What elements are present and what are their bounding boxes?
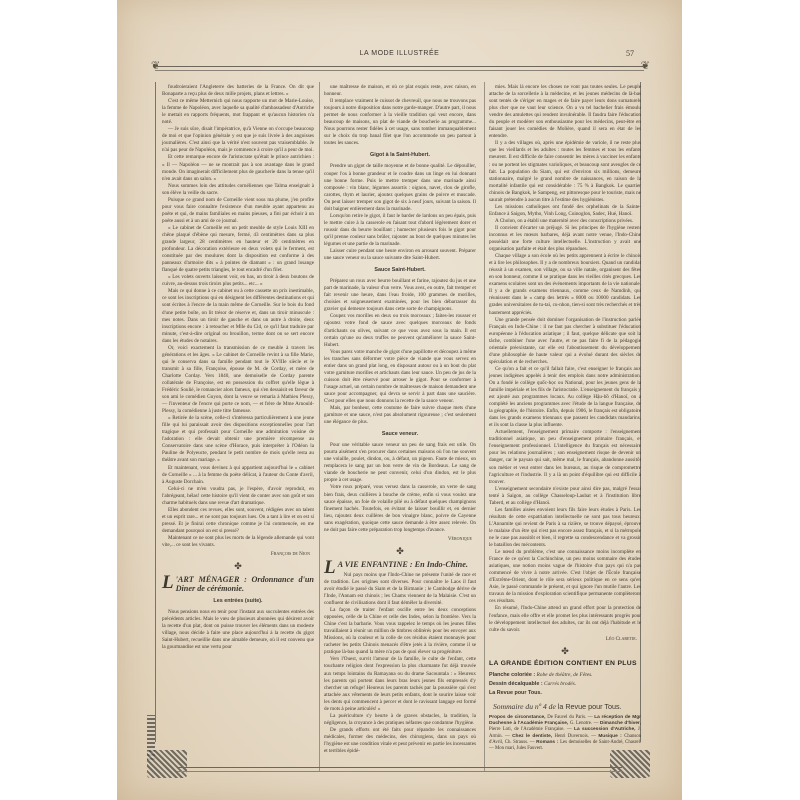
- vie-enfantine-body: Nul pays moins que l'Indo-Chine ne prése…: [324, 572, 476, 755]
- column-divider: [319, 82, 320, 772]
- running-head-title: LA MODE ILLUSTRÉE: [117, 50, 682, 57]
- recipes: Gigot à la Saint-Hubert.Prendre un gigot…: [324, 152, 476, 533]
- section-title-text: 'ART MÉNAGER : Ordonnance d'un Diner de …: [176, 575, 314, 593]
- edition-items: Planche coloriée : Robe de théâtre, de F…: [489, 672, 641, 697]
- paragraph: Puisque ce grand nom de Corneille vient …: [162, 197, 314, 225]
- author-signature: François de Nion: [162, 551, 310, 558]
- paragraph: « Le cabinet de Corneille est un petit m…: [162, 225, 314, 274]
- paragraph: Coupez vos morilles en deux ou trois mor…: [324, 313, 476, 348]
- paragraph: Nous pensions nous en tenir pour l'insta…: [162, 609, 314, 651]
- paragraph: Nous sommes loin des attitudes cornélien…: [162, 183, 314, 197]
- footer-rule: [177, 767, 622, 772]
- indochine-body: mies. Mais là encore les choses ne vont …: [489, 84, 641, 634]
- paragraph: Ce qu'on a fait et ce qu'il fallait fair…: [489, 366, 641, 429]
- paragraph: Chaque village a son école où les petits…: [489, 253, 641, 316]
- paragraph: Préparez un roux avec beurre bouillant e…: [324, 278, 476, 313]
- paragraph: Et maintenant, vous devinez à qui appart…: [162, 465, 314, 486]
- paragraph: Et cette remarque encore de l'aristocrat…: [162, 154, 314, 182]
- paragraph: Lorsqu'on retire le gigot, il faut le ba…: [324, 213, 476, 248]
- sommaire-contents: Propos de circonstance, De Fauvel du Par…: [489, 715, 641, 753]
- recipe-title: Sauce Saint-Hubert.: [324, 267, 476, 274]
- edition-item: Planche coloriée : Robe de théâtre, de F…: [489, 672, 641, 679]
- paragraph: — Je suis sûre, disait l'impératrice, qu…: [162, 126, 314, 154]
- paragraph: A Cholon, on a établi une maternité avec…: [489, 218, 641, 225]
- dropcap: L: [324, 560, 336, 575]
- edition-item: La Revue pour Tous.: [489, 690, 641, 697]
- paragraph: Laisser cuire pendant une heure environ …: [324, 248, 476, 262]
- paragraph: Vous parez votre manche de gigot d'une p…: [324, 349, 476, 405]
- contents-entry-author: Pierre Loti, de l'Académie Française. —: [489, 727, 574, 732]
- paragraph: Pour une véritable sauce veneur un peu d…: [324, 442, 476, 484]
- magazine-page: ❦ LA MODE ILLUSTRÉE 57 ❦ foudroieraient …: [117, 0, 682, 800]
- recipe-title: Sauce veneur.: [324, 431, 476, 438]
- column-3: mies. Mais là encore les choses ne vont …: [489, 84, 641, 753]
- paragraph: C'est ce même Metternich qui nous rappor…: [162, 98, 314, 126]
- recipe-intro: une maîtresse de maison, et où ce plat e…: [324, 84, 476, 147]
- paragraph: De grands efforts ont été faits pour rép…: [324, 727, 476, 755]
- paragraph: Les familles aisées envoient leurs fils …: [489, 507, 641, 549]
- author-signature: Léo Claretie.: [489, 636, 637, 643]
- paragraph: « Retirée de la scène, celle-ci s'intére…: [162, 415, 314, 464]
- contents-entry-title: Musique :: [598, 734, 624, 739]
- contents-entry-title: Dimanche d'hiver,: [600, 721, 641, 726]
- contents-entry-author: De Fauvel du Paris. —: [547, 715, 594, 720]
- section-title-art-menager: L 'ART MÉNAGER : Ordonnance d'un Diner d…: [162, 575, 314, 593]
- paragraph: Nul pays moins que l'Indo-Chine ne prése…: [324, 572, 476, 607]
- fleuron-icon: ✤: [162, 561, 314, 571]
- paragraph: Prendre un gigot de taille moyenne et de…: [324, 163, 476, 212]
- floral-corner-ornament: [610, 750, 650, 778]
- sommaire-lead: Sommaire du nº 4 de: [493, 702, 556, 711]
- paragraph: mies. Mais là encore les choses ne vont …: [489, 84, 641, 140]
- dropcap: L: [162, 575, 174, 590]
- chronicle-body: foudroieraient l'Angleterre des batterie…: [162, 84, 314, 549]
- paragraph: Actuellement, l'enseignement primaire co…: [489, 429, 641, 485]
- floral-corner-ornament: [147, 750, 187, 778]
- art-menager-body: Nous pensions nous en tenir pour l'insta…: [162, 609, 314, 651]
- paragraph: Il remplace vraiment le cuissot de chevr…: [324, 98, 476, 147]
- paragraph: En résumé, l'Indo-Chine attend un grand …: [489, 605, 641, 633]
- paragraph: Elles abondent ces revues, elles sont, s…: [162, 507, 314, 535]
- column-2: une maîtresse de maison, et où ce plat e…: [324, 84, 476, 755]
- paragraph: Il convient d'écarter un préjugé. Si les…: [489, 225, 641, 253]
- paragraph: Votre roux préparé, vous versez dans la …: [324, 484, 476, 533]
- paragraph: une maîtresse de maison, et où ce plat e…: [324, 84, 476, 98]
- section-title-text: A VIE ENFANTINE : En Indo-Chine.: [338, 560, 468, 569]
- contents-entry-title: Chez le dentiste,: [512, 734, 554, 739]
- paragraph: Il y a des villages où, après une épidém…: [489, 140, 641, 203]
- paragraph: foudroieraient l'Angleterre des batterie…: [162, 84, 314, 98]
- paragraph: Le nœud du problème, c'est une connaissa…: [489, 549, 641, 605]
- contents-entry-author: Henri Duvernois. —: [555, 734, 599, 739]
- paragraph: Mais, par bonheur, cette coutume de fair…: [324, 405, 476, 426]
- contents-entry-title: Propos de circonstance,: [489, 715, 547, 720]
- paragraph: Une grande pensée doit dominer l'organis…: [489, 317, 641, 366]
- paragraph: La puériculture s'y heurte à de graves o…: [324, 713, 476, 727]
- section-title-vie-enfantine: L A VIE ENFANTINE : En Indo-Chine.: [324, 560, 476, 569]
- column-divider: [484, 82, 485, 772]
- paragraph: Mais ce qui donne à ce cabinet ou à cett…: [162, 288, 314, 344]
- edition-item: Dessin décalquable : Carrés brodés.: [489, 681, 641, 688]
- paragraph: L'enseignement secondaire n'existe pour …: [489, 486, 641, 507]
- contents-entry-author: G. Lenotre. —: [570, 721, 600, 726]
- paragraph: Les missions catholiques ont fondé des o…: [489, 204, 641, 218]
- paragraph: « Les volets ouverts laissent voir, en b…: [162, 274, 314, 288]
- paragraph: Or, voici exactement la transmission de …: [162, 345, 314, 415]
- edition-heading: LA GRANDE ÉDITION CONTIENT EN PLUS: [489, 660, 641, 667]
- paragraph: Celui-ci ne m'en voudra pas, je l'espère…: [162, 486, 314, 507]
- section-subtitle: Les entrées (suite).: [162, 598, 314, 605]
- column-1: foudroieraient l'Angleterre des batterie…: [162, 84, 314, 651]
- page-number: 57: [626, 49, 634, 58]
- fleuron-icon: ✤: [489, 646, 641, 656]
- paragraph: Maintenant ce ne sont plus les morts de …: [162, 535, 314, 549]
- contents-entry-title: Romans :: [536, 740, 560, 745]
- paragraph: Vers l'Ouest, survit l'amour de la famil…: [324, 656, 476, 712]
- author-signature: Véronique: [324, 536, 472, 543]
- sommaire-title: la Revue pour Tous.: [558, 702, 622, 711]
- contents-entry-title: La succession d'Autriche,: [574, 727, 638, 732]
- sommaire-heading: Sommaire du nº 4 de la Revue pour Tous.: [493, 702, 641, 712]
- header-rule: [155, 66, 644, 71]
- paragraph: La façon de traiter l'enfant oscille ent…: [324, 607, 476, 656]
- recipe-title: Gigot à la Saint-Hubert.: [324, 152, 476, 159]
- fleuron-icon: ✤: [324, 546, 476, 556]
- frame-border-left: [155, 82, 156, 742]
